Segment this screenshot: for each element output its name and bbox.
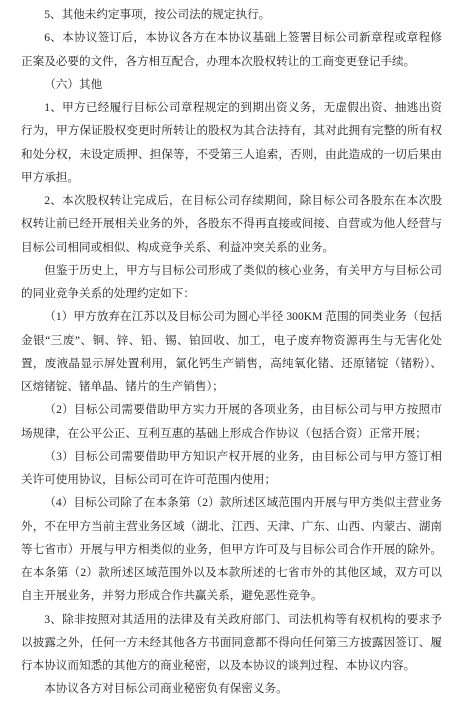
document-page: 5、其他未约定事项，按公司法的规定执行。 6、本协议签订后，本协议各方在本协议基…: [0, 0, 455, 720]
historical-note: 但鉴于历史上，甲方与目标公司形成了类似的核心业务，有关甲方与目标公司的同业竞争关…: [21, 259, 442, 306]
clause-2-non-compete: 2、本次股权转让完成后，在目标公司存续期间，除目标公司各股东在本次股权转让前已经…: [21, 189, 442, 259]
clause-1-capital-contribution: 1、甲方已经履行目标公司章程规定的到期出资义务，无虚假出资、抽逃出资行为，甲方保…: [21, 96, 442, 189]
clause-5-other-matters: 5、其他未约定事项，按公司法的规定执行。: [21, 3, 442, 26]
item-4-region-restriction: （4）目标公司除了在本条第（2）款所述区域范围内开展与甲方类似主营业务外，不在甲…: [21, 491, 442, 607]
clause-3-confidentiality: 3、除非按照对其适用的法律及有关政府部门、司法机构等有权机构的要求予以披露之外，…: [21, 608, 442, 678]
confidentiality-obligation: 本协议各方对目标公司商业秘密负有保密义务。: [21, 677, 442, 700]
item-3-ip-license: （3）目标公司需要借助甲方知识产权开展的业务，由目标公司与甲方签订相关许可使用协…: [21, 445, 442, 492]
clause-6-registration: 6、本协议签订后，本协议各方在本协议基础上签署目标公司新章程或章程修正案及必要的…: [21, 26, 442, 73]
item-1-business-waiver: （1）甲方放弃在江苏以及目标公司为圆心半径 300KM 范围的同类业务（包括金银…: [21, 305, 442, 398]
item-2-cooperation: （2）目标公司需要借助甲方实力开展的各项业务，由目标公司与甲方按照市场规律，在公…: [21, 398, 442, 445]
section-six-heading: （六）其他: [21, 73, 442, 96]
